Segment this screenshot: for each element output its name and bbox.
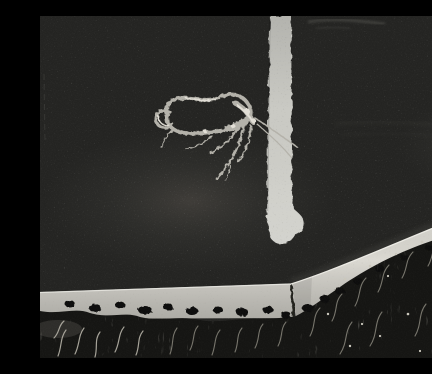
photograph [40, 16, 432, 358]
film-grain [40, 16, 432, 358]
photo-svg [40, 16, 432, 358]
